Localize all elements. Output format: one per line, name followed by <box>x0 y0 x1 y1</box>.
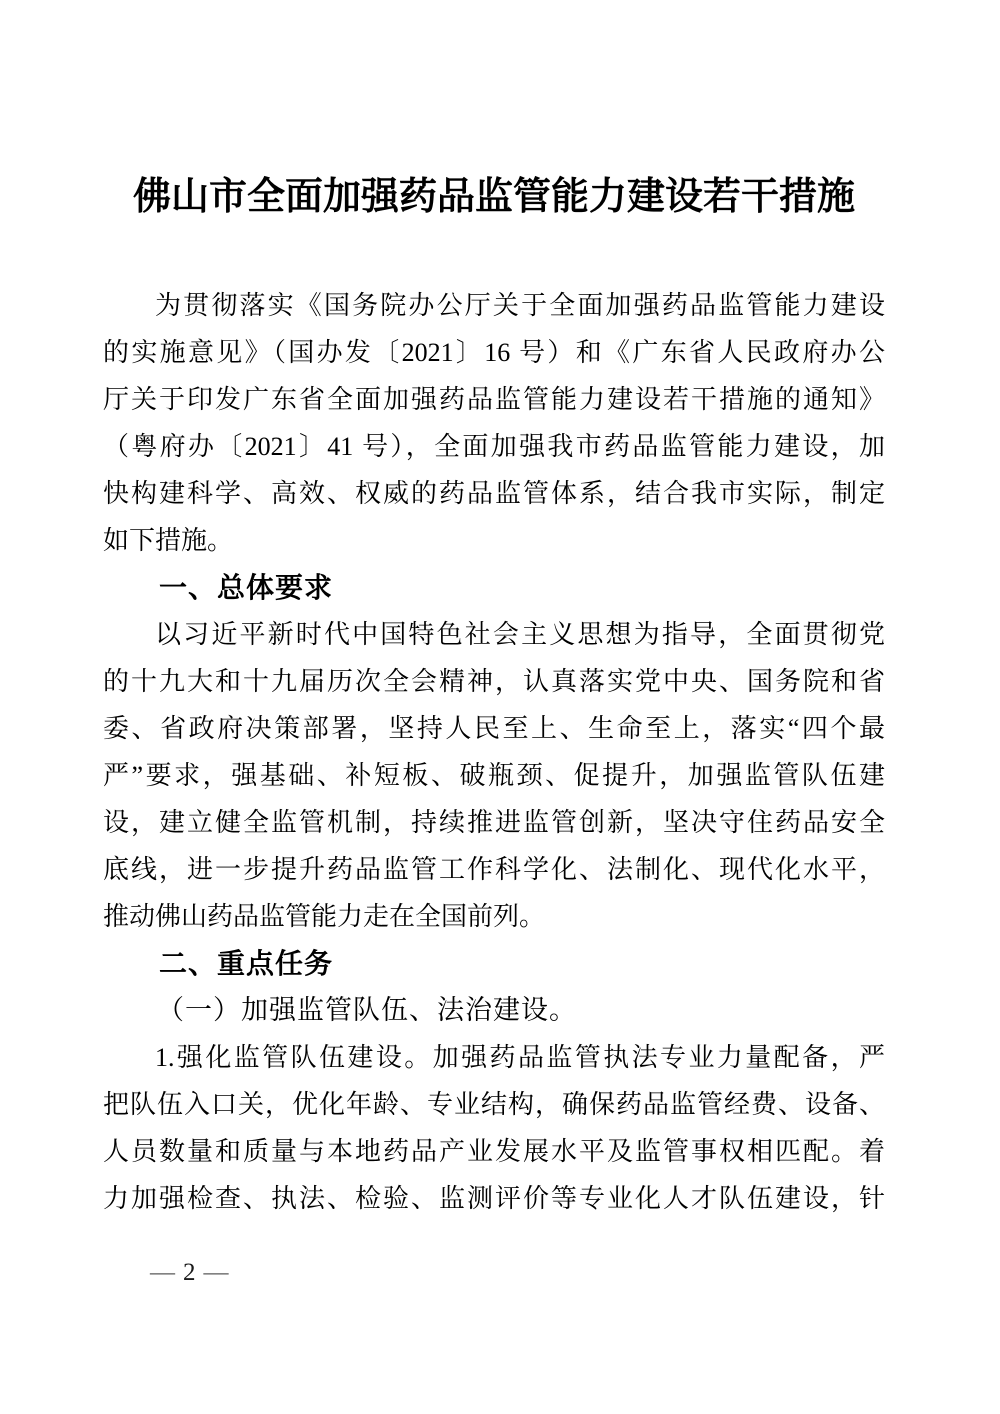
doc-line: 如下措施。 <box>103 517 885 564</box>
doc-body: 为贯彻落实《国务院办公厅关于全面加强药品监管能力建设 的实施意见》（国办发〔20… <box>103 282 885 1222</box>
doc-line: 委、省政府决策部署，坚持人民至上、生命至上，落实“四个最 <box>103 705 885 752</box>
doc-line: 快构建科学、高效、权威的药品监管体系，结合我市实际，制定 <box>103 470 885 517</box>
doc-line: 的实施意见》（国办发〔2021〕16 号）和《广东省人民政府办公 <box>103 329 885 376</box>
footer-dash-left: — <box>150 1259 175 1286</box>
doc-line: 设，建立健全监管机制，持续推进监管创新，坚决守住药品安全 <box>103 799 885 846</box>
doc-line: 底线，进一步提升药品监管工作科学化、法制化、现代化水平， <box>103 846 885 893</box>
page-number: 2 <box>183 1259 196 1286</box>
doc-line: 人员数量和质量与本地药品产业发展水平及监管事权相匹配。着 <box>103 1128 885 1175</box>
doc-line: 厅关于印发广东省全面加强药品监管能力建设若干措施的通知》 <box>103 376 885 423</box>
document-page: 佛山市全面加强药品监管能力建设若干措施 为贯彻落实《国务院办公厅关于全面加强药品… <box>0 0 1000 1414</box>
doc-line: 1.强化监管队伍建设。加强药品监管执法专业力量配备，严 <box>103 1034 885 1081</box>
doc-line: 以习近平新时代中国特色社会主义思想为指导，全面贯彻党 <box>103 611 885 658</box>
section-heading: 二、重点任务 <box>103 940 885 987</box>
footer-dash-right: — <box>204 1259 229 1286</box>
doc-line: 把队伍入口关，优化年龄、专业结构，确保药品监管经费、设备、 <box>103 1081 885 1128</box>
doc-line: 为贯彻落实《国务院办公厅关于全面加强药品监管能力建设 <box>103 282 885 329</box>
doc-line: 的十九大和十九届历次全会精神，认真落实党中央、国务院和省 <box>103 658 885 705</box>
doc-title: 佛山市全面加强药品监管能力建设若干措施 <box>0 0 1000 222</box>
doc-line: 力加强检查、执法、检验、监测评价等专业化人才队伍建设，针 <box>103 1175 885 1222</box>
sub-heading: （一）加强监管队伍、法治建设。 <box>103 987 885 1034</box>
page-footer: —2— <box>150 1258 1000 1288</box>
doc-line: 严”要求，强基础、补短板、破瓶颈、促提升，加强监管队伍建 <box>103 752 885 799</box>
section-heading: 一、总体要求 <box>103 564 885 611</box>
doc-line: （粤府办〔2021〕41 号），全面加强我市药品监管能力建设，加 <box>103 423 885 470</box>
doc-line: 推动佛山药品监管能力走在全国前列。 <box>103 893 885 940</box>
